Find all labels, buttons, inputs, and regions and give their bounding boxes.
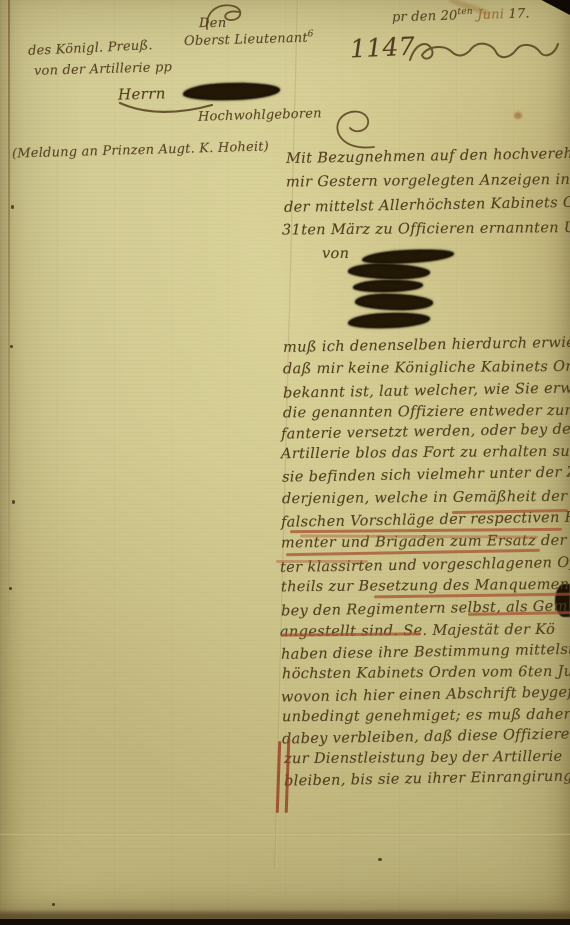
body-line: unbedingt genehmiget; es muß daher [282,707,570,726]
date-superscript: ten [457,7,473,17]
paper-stain [514,112,522,119]
addressee-unit-line: von der Artillerie pp [34,60,172,79]
redaction-bar [362,248,455,266]
body-line: sie befinden sich vielmehr unter der Za [282,464,570,485]
bottom-edge-shadow [0,909,570,925]
addressee-salutation: Den [199,16,227,31]
registry-number: 1147 [349,32,415,64]
paper-speck [378,858,382,861]
date-month: Juni [477,7,504,23]
body-line: bey den Regimentern selbst, als Gem [281,598,568,619]
body-line: höchsten Kabinets Orden vom 6ten Juni [282,664,570,683]
redaction-bar [353,279,423,292]
paper-speck [9,587,12,590]
paper-crease-horizontal [0,833,570,835]
rank-superscript: 6 [308,29,314,39]
body-line: wovon ich hier einen Abschrift beygefü [281,684,570,705]
body-line: muß ich denenselben hierdurch erwiedern [283,334,570,356]
body-line: angestellt sind. Se. Majestät der Kö [280,622,555,640]
corner-shadow [536,0,570,15]
paper-speck [10,345,13,348]
redaction-bar [348,312,430,330]
redaction-bar [355,293,434,312]
body-opening-line: mir Gestern vorgelegten Anzeigen in Betr… [286,172,570,191]
body-line: daß mir keine Königliche Kabinets Ordre [283,359,570,378]
paper-speck [11,205,14,209]
redaction-bar [348,263,430,281]
registry-flourish-icon [408,36,560,72]
body-line: die genannten Offiziere entweder zur In [283,403,570,422]
body-line: haben diese ihre Bestimmung mittelst all… [281,641,570,663]
date-prefix: pr den 20 [392,8,458,25]
name-redaction-bar [183,82,280,102]
body-line: derjenigen, welche in Gemäßheit der [282,489,568,507]
date-year: 17. [508,6,530,22]
addressee-rank: Oberst Lieutenant6 [184,29,314,49]
body-line: zur Dienstleistung bey der Artillerie [284,749,563,767]
body-opening-line: 31ten März zu Officieren ernannten Unter… [282,219,570,238]
red-underline [468,611,570,616]
paper-speck [12,500,15,504]
paper-edge-line [8,0,10,650]
body-opening-line: der mittelst Allerhöchsten Kabinets Orde… [284,194,570,216]
margin-note: (Meldung an Prinzen Augt. K. Hoheit) [12,139,269,161]
body-line: bekannt ist, laut welcher, wie Sie erwä [283,380,570,401]
body-line: Artillerie blos das Fort zu erhalten su [281,444,570,463]
manuscript-page: pr den 20ten Juni 17. 1147 Den des König… [0,0,570,925]
body-opening-line: Mit Bezugnehmen auf den hochverehrtesten [286,145,570,167]
addressee-honorific: Hochwohlgeboren [198,106,322,124]
rank-text: Oberst Lieutenant [184,31,308,49]
date-annotation: pr den 20ten Juni 17. [392,5,530,25]
paper-speck [52,903,55,906]
body-line: bleiben, bis sie zu ihrer Einrangirung [284,768,570,789]
redacted-line-prefix: von [322,246,349,262]
body-line: fanterie versetzt werden, oder bey der [281,421,570,442]
capital-flourish-icon [330,106,378,150]
red-underline [276,560,368,563]
addressee-rank-prefix: des Königl. Preuß. [28,38,153,59]
body-line: dabey verbleiben, daß diese Offiziere [282,726,570,747]
body-line: ter klassirten und vorgeschlagenen Offiz… [280,554,570,576]
